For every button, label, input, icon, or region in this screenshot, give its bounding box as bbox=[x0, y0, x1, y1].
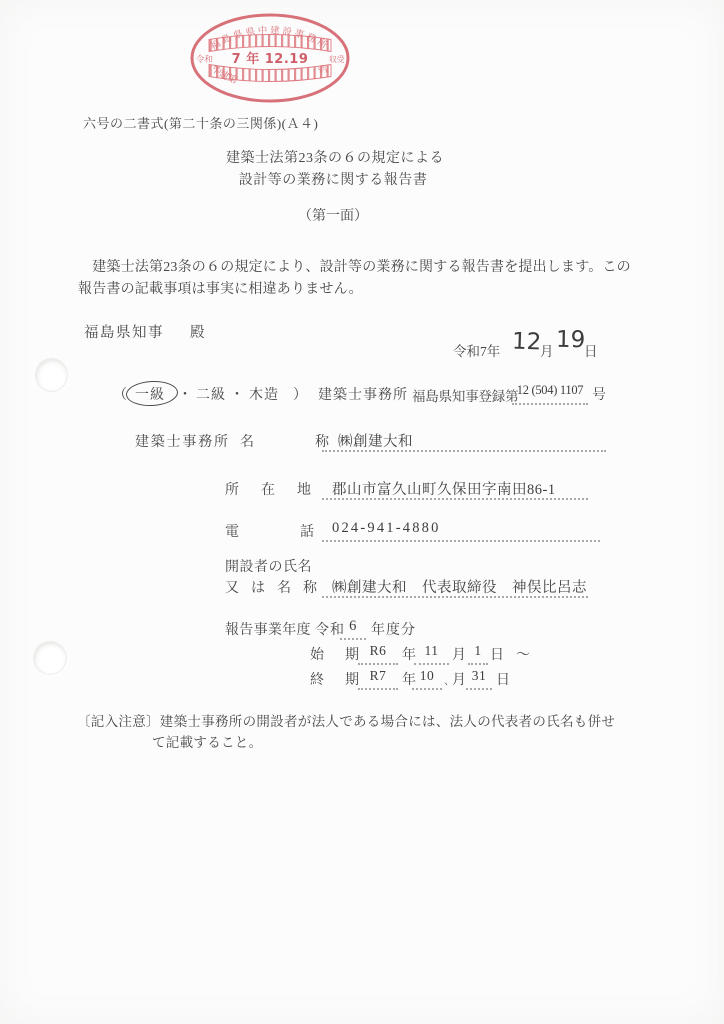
end-era-year-value: R7 bbox=[358, 668, 398, 690]
date-day-unit: 日 bbox=[584, 340, 598, 360]
addressee-honorific: 殿 bbox=[190, 321, 205, 342]
start-era-year-value: R6 bbox=[358, 643, 398, 665]
grade-separator-1: ・ bbox=[178, 384, 193, 404]
grade-separator-2: ・ bbox=[230, 384, 245, 404]
address-key-2: 在 bbox=[261, 479, 276, 499]
phone-key-2: 話 bbox=[300, 521, 315, 541]
date-era-year: 令和7年 bbox=[453, 340, 500, 360]
start-day-value: 1 bbox=[468, 643, 488, 665]
fiscal-year-value: 6 bbox=[340, 618, 366, 640]
date-month-handwritten: 12 bbox=[512, 328, 542, 355]
end-day-value: 31 bbox=[466, 668, 492, 690]
founder-label-line2: 又 は 名 称 bbox=[225, 577, 317, 597]
registry-number-unit: 号 bbox=[592, 384, 607, 404]
address-key-1: 所 bbox=[225, 479, 240, 499]
end-month-value: 10 bbox=[412, 668, 442, 690]
fiscal-label: 報告事業年度 bbox=[225, 619, 311, 639]
punch-hole-bottom bbox=[33, 641, 67, 675]
founder-key-3: 名 bbox=[277, 577, 291, 597]
document-title-line1: 建築士法第23条の６の規定による bbox=[226, 147, 444, 167]
end-month-unit: 月 bbox=[452, 669, 467, 689]
founder-value: ㈱創建大和 代表取締役 神俣比呂志 bbox=[322, 576, 588, 598]
phone-key-1: 電 bbox=[225, 521, 240, 541]
statement-line2: 報告書の記載事項は事実に相違ありません。 bbox=[78, 278, 363, 298]
registry-number-value: 12 (504) 1107 bbox=[512, 383, 588, 405]
end-day-unit: 日 bbox=[496, 669, 511, 689]
start-key-1: 始 bbox=[310, 644, 325, 664]
name-key-1: 名 bbox=[240, 431, 255, 451]
page-marker: （第一面） bbox=[298, 205, 368, 225]
punch-hole-top bbox=[35, 358, 68, 392]
document-title-line2: 設計等の業務に関する報告書 bbox=[239, 169, 428, 189]
founder-key-1: 又 bbox=[225, 577, 239, 597]
start-day-unit: 日 bbox=[490, 644, 505, 664]
license-grade-wooden: 木造 bbox=[249, 384, 279, 404]
phone-value: 024-941-4880 bbox=[322, 520, 600, 542]
registry-label: 福島県知事登録第 bbox=[412, 385, 518, 405]
date-month-unit: 月 bbox=[540, 340, 554, 360]
office-name-value: ㈱創建大和 bbox=[322, 430, 606, 452]
stamp-era-label: 令和 bbox=[196, 54, 213, 65]
office-name-row-label: 建築士事務所 bbox=[135, 431, 230, 451]
handwritten-circle-first-class bbox=[125, 380, 178, 408]
scanned-report-page: 福島県県中建設事務所 令和 7 年 12.19 収受 中建第 号 六号の二書式(… bbox=[0, 0, 724, 1024]
founder-key-2: は bbox=[251, 577, 265, 597]
addressee-name: 福島県知事 bbox=[84, 321, 164, 342]
office-type-label: 建築士事務所 bbox=[318, 384, 408, 404]
statement-line1: 建築士法第23条の６の規定により、設計等の業務に関する報告書を提出します。この bbox=[78, 256, 631, 276]
note-line2: て記載すること。 bbox=[152, 731, 262, 751]
stamp-receipt-date: 7 年 12.19 bbox=[232, 51, 309, 67]
note-line1: 〔記入注意〕建築士事務所の開設者が法人である場合には、法人の代表者の氏名も併せ bbox=[77, 710, 615, 730]
office-address-value: 郡山市富久山町久保田字南田86-1 bbox=[322, 478, 588, 500]
start-month-unit: 月 bbox=[452, 644, 467, 664]
founder-label-line1: 開設者の氏名 bbox=[225, 556, 312, 576]
founder-key-4: 称 bbox=[303, 577, 317, 597]
license-grade-second: 二級 bbox=[196, 384, 226, 404]
start-month-value: 11 bbox=[414, 643, 449, 665]
period-tilde: ～ bbox=[516, 644, 531, 664]
end-key-1: 終 bbox=[310, 669, 325, 689]
paren-close: ） bbox=[293, 384, 308, 404]
form-code: 六号の二書式(第二十条の三関係)(Ａ４) bbox=[83, 113, 318, 132]
receipt-stamp: 福島県県中建設事務所 令和 7 年 12.19 収受 中建第 号 bbox=[188, 13, 352, 103]
address-key-3: 地 bbox=[297, 479, 312, 499]
fiscal-unit: 年度分 bbox=[371, 619, 416, 639]
date-day-handwritten: 19 bbox=[556, 327, 586, 354]
stamp-received-label: 収受 bbox=[329, 54, 344, 64]
